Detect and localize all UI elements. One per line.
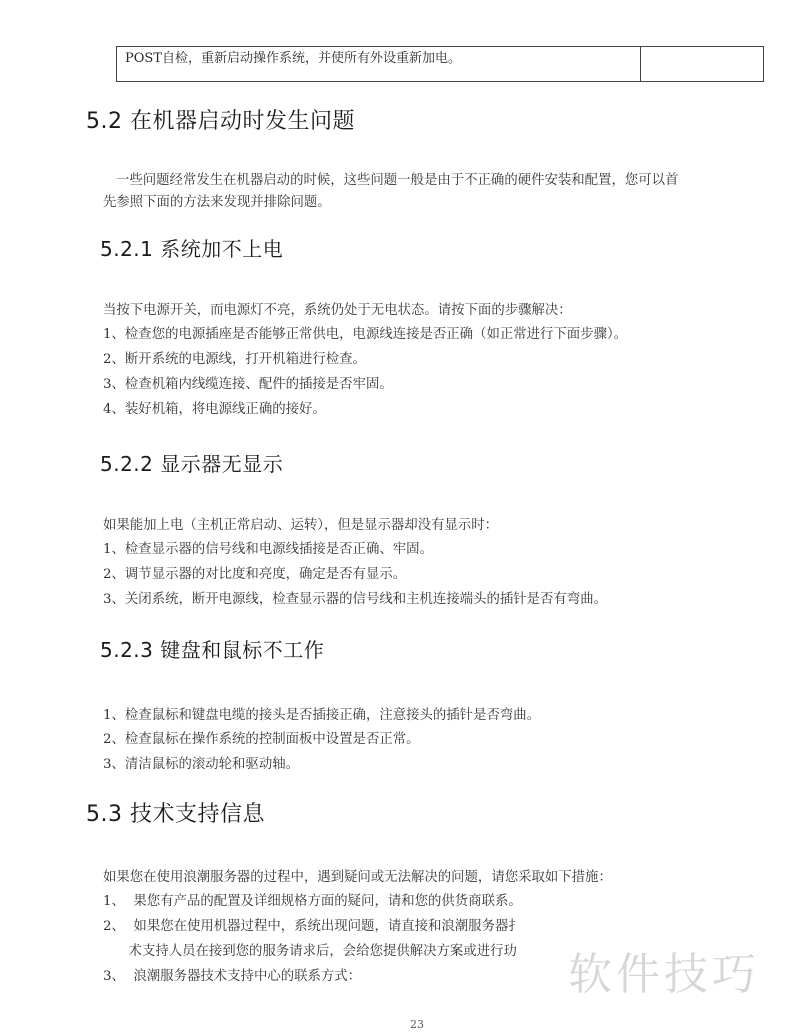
table-cell-side (641, 47, 763, 81)
heading-5-3: 5.3 技术支持信息 (86, 797, 265, 828)
list-item: 1、检查鼠标和键盘电缆的接头是否插接正确，注意接头的插针是否弯曲。 (103, 707, 540, 725)
list-item: 3、清洁鼠标的滚动轮和驱动轴。 (103, 756, 299, 774)
top-table: POST自检，重新启动操作系统，并使所有外设重新加电。 (116, 46, 764, 82)
list-item: 2、检查鼠标在操作系统的控制面板中设置是否正常。 (103, 731, 420, 749)
list-item: 2、断开系统的电源线，打开机箱进行检查。 (103, 351, 366, 369)
paragraph-5-2-line2: 先参照下面的方法来发现并排除问题。 (103, 192, 331, 214)
table-cell-main: POST自检，重新启动操作系统，并使所有外设重新加电。 (117, 47, 641, 81)
page-number: 23 (410, 1018, 424, 1031)
list-item: 3、 浪潮服务器技术支持中心的联系方式： (103, 968, 361, 986)
list-item: 1、 果您有产品的配置及详细规格方面的疑问，请和您的供货商联系。 (103, 893, 522, 911)
list-item: 2、调节显示器的对比度和亮度，确定是否有显示。 (103, 566, 406, 584)
list-item: 3、检查机箱内线缆连接、配件的插接是否牢固。 (103, 376, 393, 394)
heading-5-2-3: 5.2.3 键盘和鼠标不工作 (100, 634, 324, 663)
paragraph-5-2-2-intro: 如果能加上电（主机正常启动、运转），但是显示器却没有显示时： (103, 517, 498, 535)
document-page: POST自检，重新启动操作系统，并使所有外设重新加电。 5.2 在机器启动时发生… (0, 0, 800, 1034)
list-item: 4、装好机箱，将电源线正确的接好。 (103, 401, 326, 419)
heading-5-2: 5.2 在机器启动时发生问题 (86, 104, 355, 135)
paragraph-5-2-line1: 一些问题经常发生在机器启动的时候，这些问题一般是由于不正确的硬件安装和配置，您可… (116, 170, 678, 192)
paragraph-5-3-intro: 如果您在使用浪潮服务器的过程中，遇到疑问或无法解决的问题，请您采取如下措施： (103, 869, 612, 887)
paragraph-5-2-1-intro: 当按下电源开关，而电源灯不亮，系统仍处于无电状态。请按下面的步骤解决： (103, 302, 572, 320)
list-item: 1、检查您的电源插座是否能够正常供电，电源线连接是否正确（如正常进行下面步骤）。 (103, 326, 627, 344)
list-item: 术支持人员在接到您的服务请求后，会给您提供解决方案或进行玏 (103, 943, 517, 961)
heading-5-2-2: 5.2.2 显示器无显示 (100, 448, 283, 477)
list-item: 3、关闭系统，断开电源线，检查显示器的信号线和主机连接端头的插针是否有弯曲。 (103, 591, 607, 609)
watermark: 软件技巧 (568, 938, 760, 1002)
heading-5-2-1: 5.2.1 系统加不上电 (100, 233, 283, 262)
list-item: 1、检查显示器的信号线和电源线插接是否正确、牢固。 (103, 541, 433, 559)
list-item: 2、 如果您在使用机器过程中，系统出现问题，请直接和浪潮服务器扌 (103, 918, 522, 936)
